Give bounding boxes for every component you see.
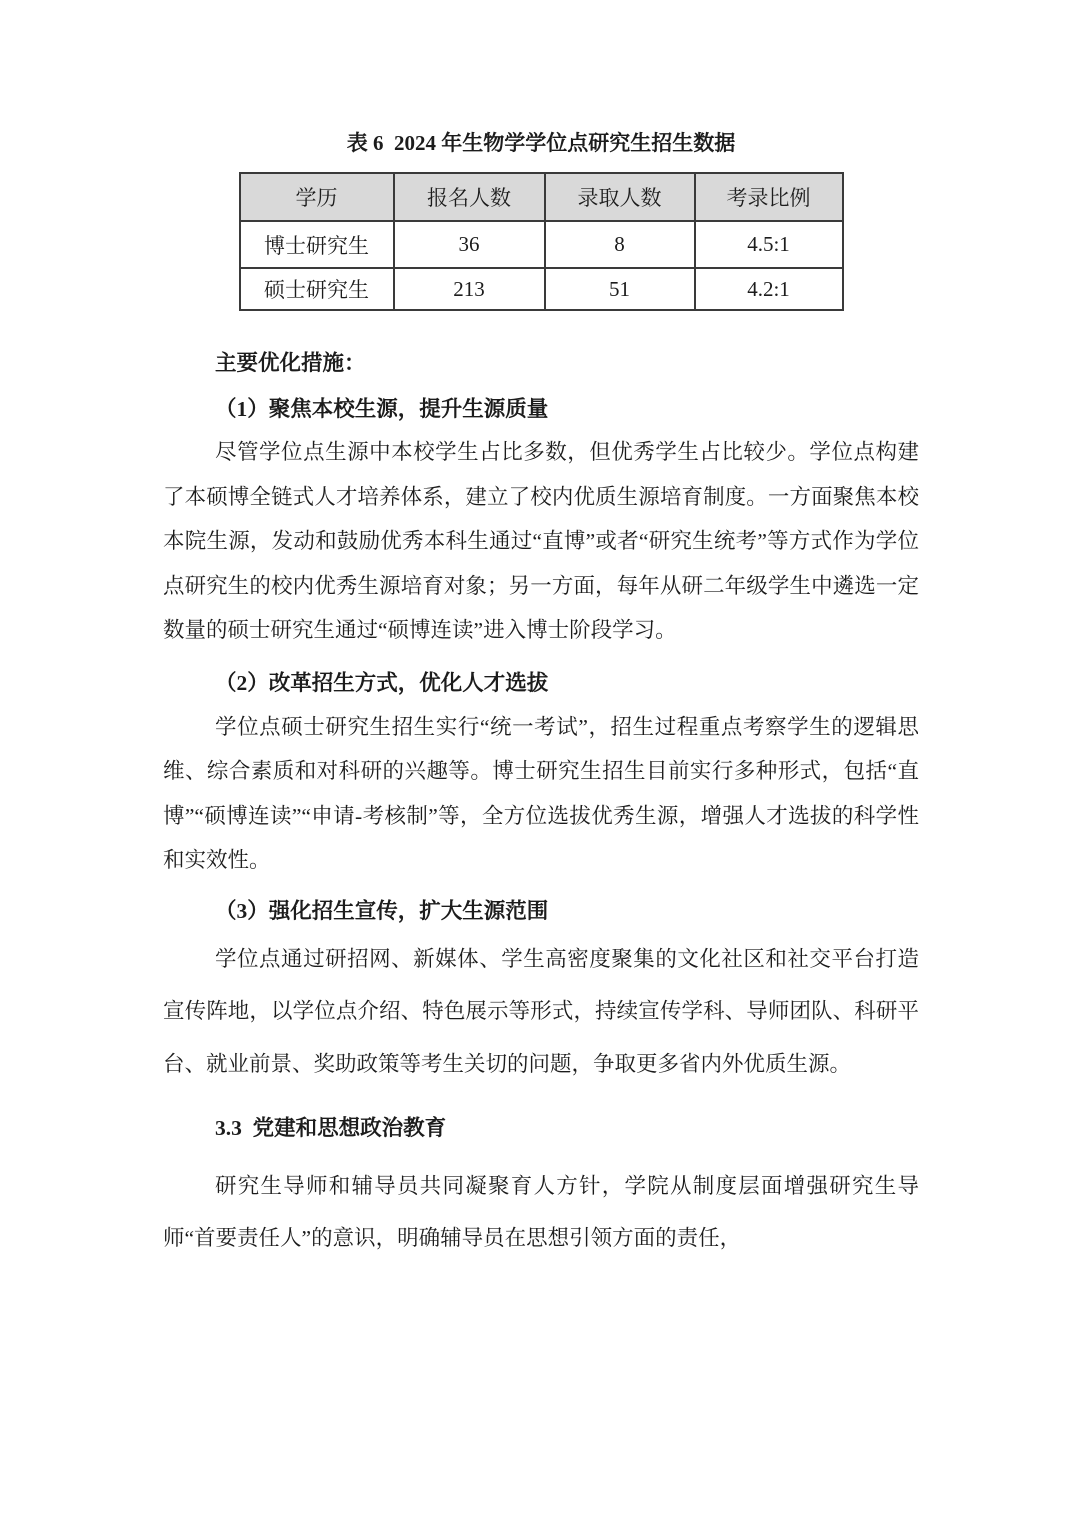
paragraph-recruitment-promotion: 学位点通过研招网、新媒体、学生高密度聚集的文化社区和社交平台打造宣传阵地，以学位…	[163, 933, 919, 1091]
cell-applicants: 213	[394, 268, 545, 310]
header-admitted: 录取人数	[545, 173, 695, 221]
paragraph-party-building: 研究生导师和辅导员共同凝聚育人方针，学院从制度层面增强研究生导师“首要责任人”的…	[163, 1160, 919, 1265]
cell-ratio: 4.2:1	[695, 268, 843, 310]
header-applicants: 报名人数	[394, 173, 545, 221]
measures-heading: 主要优化措施：	[163, 350, 919, 376]
table-header-row: 学历 报名人数 录取人数 考录比例	[240, 173, 843, 221]
subheading-2-admission-reform: （2）改革招生方式，优化人才选拔	[163, 670, 919, 696]
page-content: 表 6 2024 年生物学学位点研究生招生数据 学历 报名人数 录取人数 考录比…	[163, 0, 919, 1265]
header-ratio: 考录比例	[695, 173, 843, 221]
subheading-3-recruitment-promotion: （3）强化招生宣传，扩大生源范围	[163, 898, 919, 924]
table-row-masters: 硕士研究生 213 51 4.2:1	[240, 268, 843, 310]
admissions-table: 学历 报名人数 录取人数 考录比例 博士研究生 36 8 4.5:1 硕士研究生…	[239, 172, 844, 311]
cell-applicants: 36	[394, 221, 545, 268]
cell-admitted: 51	[545, 268, 695, 310]
table-row-doctoral: 博士研究生 36 8 4.5:1	[240, 221, 843, 268]
cell-degree: 博士研究生	[240, 221, 394, 268]
header-degree: 学历	[240, 173, 394, 221]
cell-admitted: 8	[545, 221, 695, 268]
subheading-1-source-quality: （1）聚焦本校生源，提升生源质量	[163, 396, 919, 422]
cell-ratio: 4.5:1	[695, 221, 843, 268]
document-page: 表 6 2024 年生物学学位点研究生招生数据 学历 报名人数 录取人数 考录比…	[0, 0, 1074, 1520]
paragraph-admission-reform: 学位点硕士研究生招生实行“统一考试”，招生过程重点考察学生的逻辑思维、综合素质和…	[163, 705, 919, 883]
paragraph-source-quality: 尽管学位点生源中本校学生占比多数，但优秀学生占比较少。学位点构建了本硕博全链式人…	[163, 430, 919, 653]
table-caption: 表 6 2024 年生物学学位点研究生招生数据	[163, 130, 919, 156]
section-3-3-heading: 3.3 党建和思想政治教育	[163, 1115, 919, 1141]
cell-degree: 硕士研究生	[240, 268, 394, 310]
